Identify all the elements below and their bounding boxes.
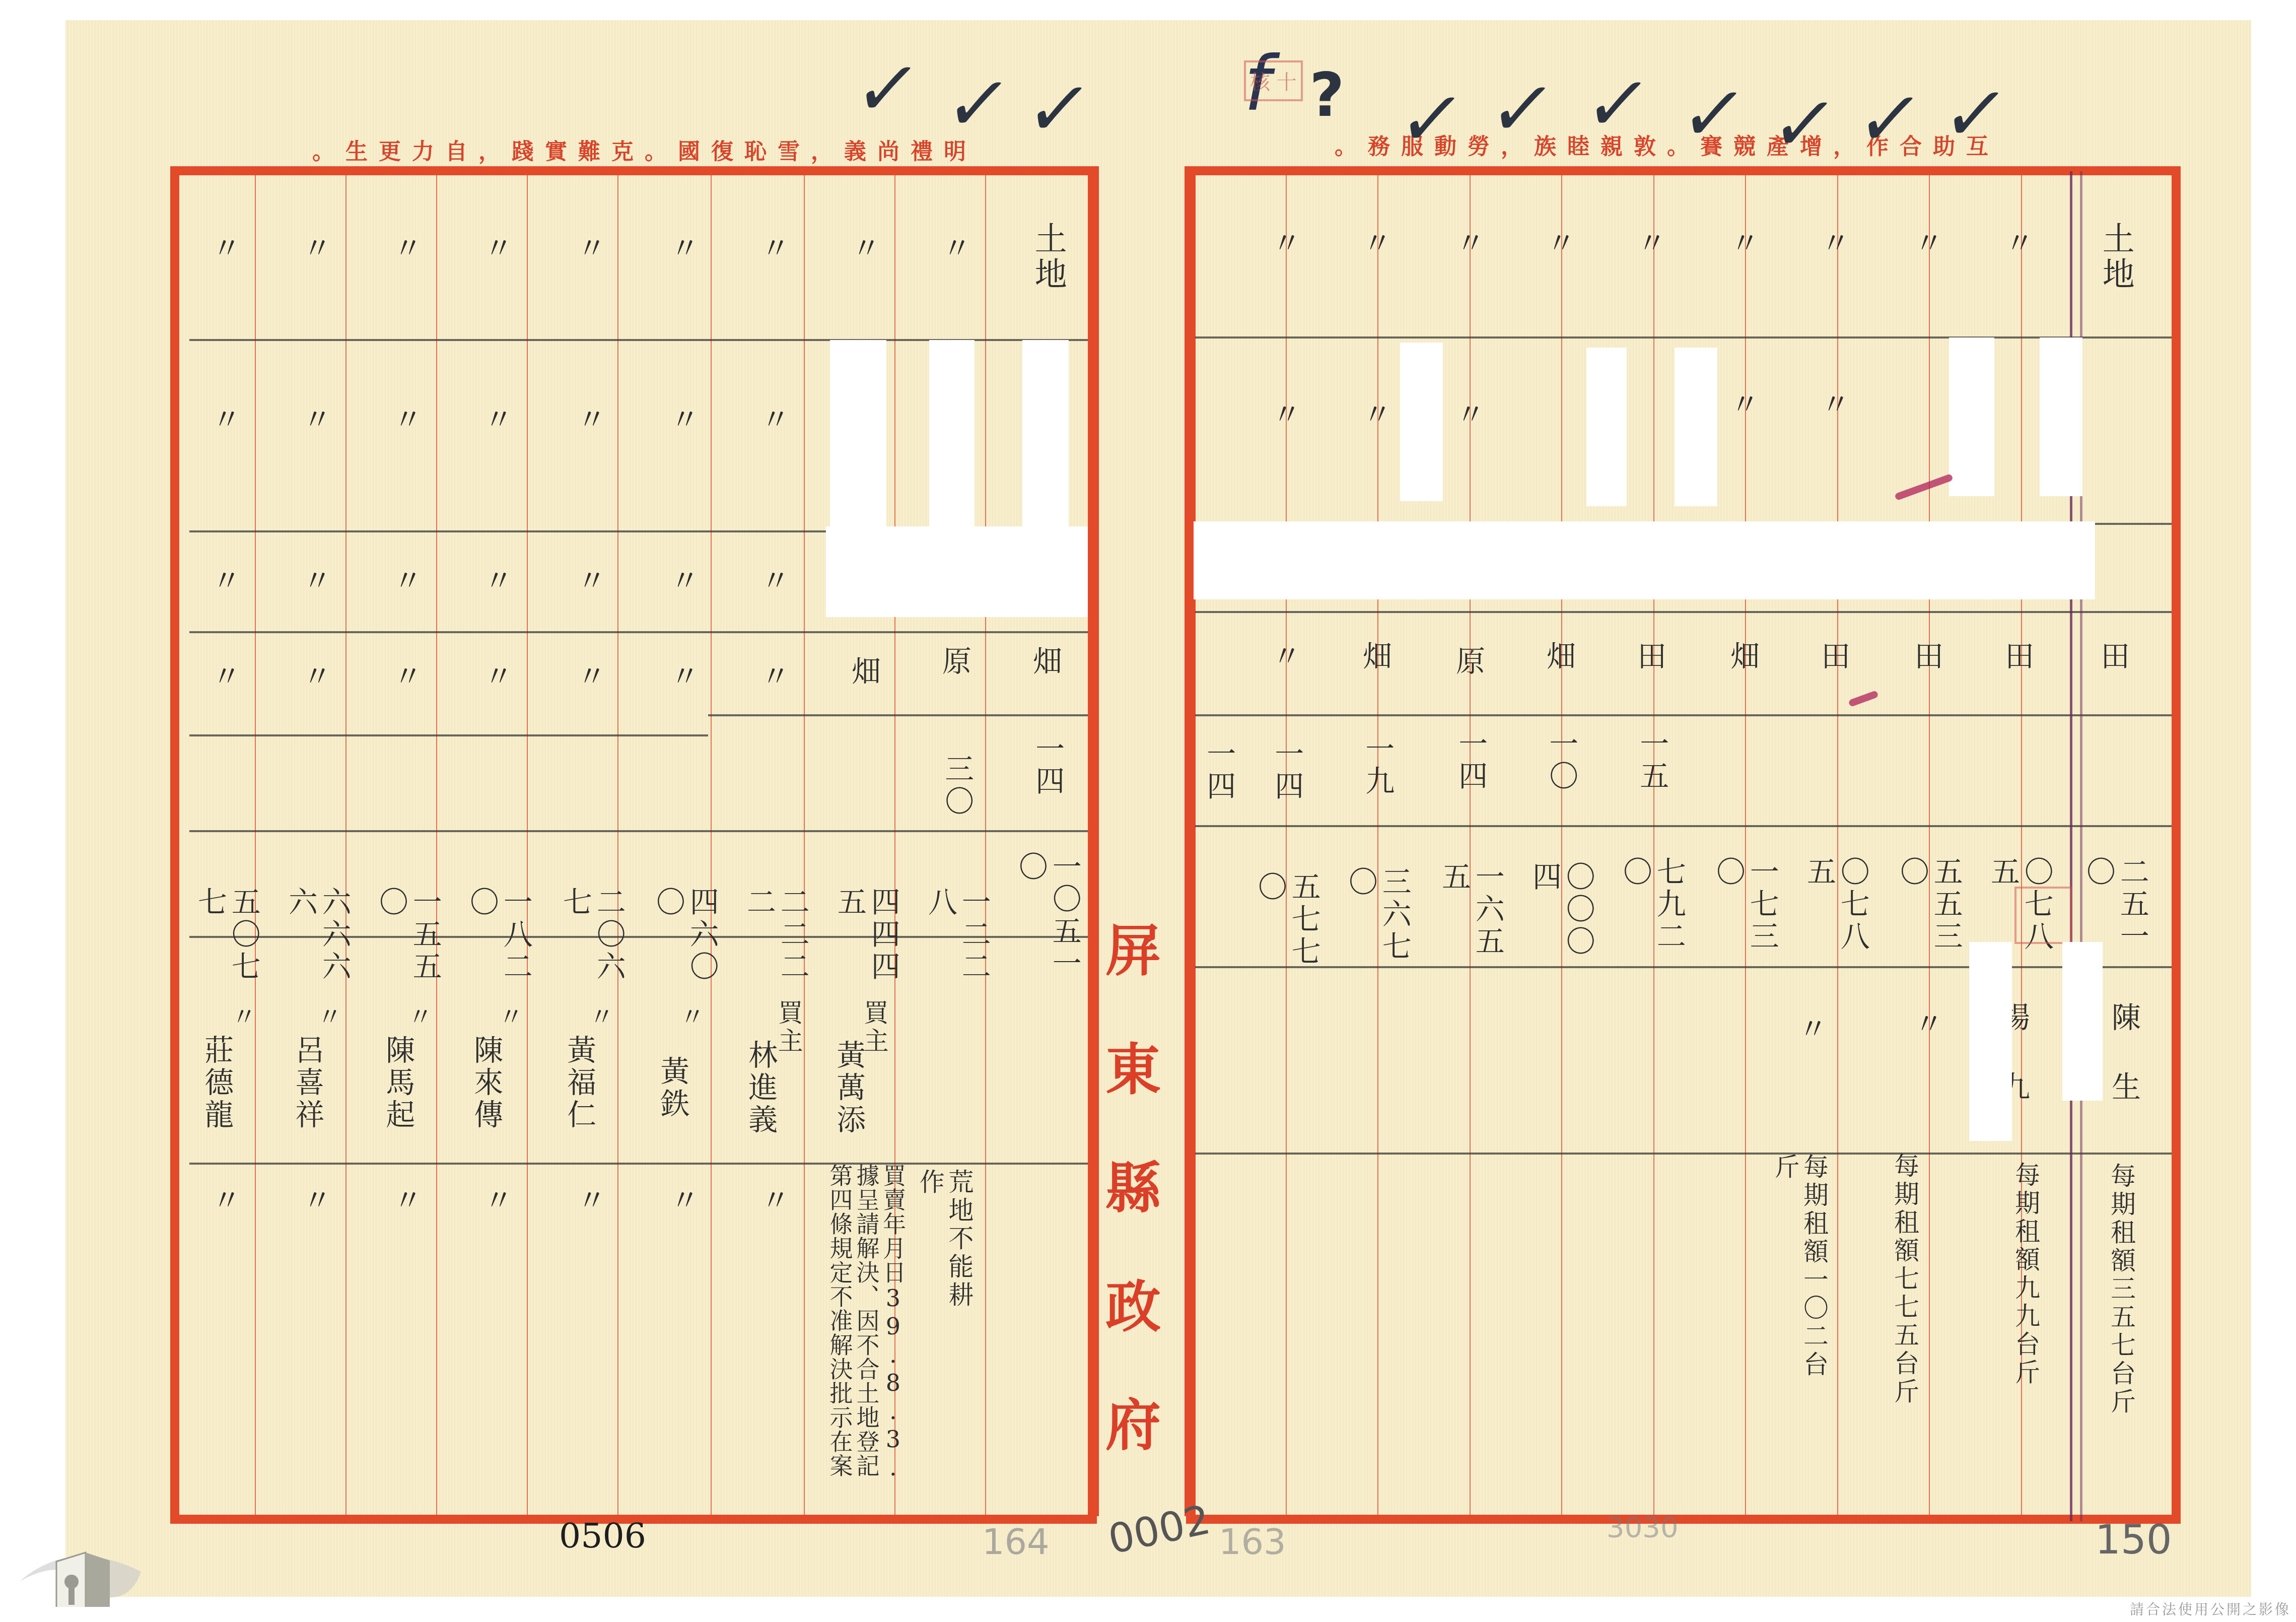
rent-remark: 每期租額九九台斤 <box>1989 1154 2040 1395</box>
ditto-mark: 〃 <box>1904 1007 1954 1041</box>
ditto-mark: 〃 <box>473 660 524 694</box>
area-value: 一九 <box>1352 730 1403 801</box>
redaction-block <box>1675 348 1717 506</box>
number-value: 〇七八五 <box>1811 856 1861 957</box>
owner-name: 黃萬添 <box>826 1028 871 1148</box>
number-value: 一八二〇 <box>473 887 524 987</box>
number-value: 一七三〇 <box>1720 856 1770 957</box>
ditto-mark: 〃 <box>1445 227 1496 260</box>
ditto-mark: 〃 <box>1627 227 1677 260</box>
land-type: 田 <box>2090 640 2140 673</box>
ditto-mark: 〃 <box>383 403 433 437</box>
ditto-mark: 〃 <box>750 660 801 694</box>
ditto-mark: 〃 <box>1788 1012 1838 1046</box>
redaction-block <box>1400 343 1443 501</box>
land-type: 原 <box>932 645 982 679</box>
redaction-block <box>1969 942 2012 1141</box>
land-type: 畑 <box>841 655 891 689</box>
review-stamp: 核 十 <box>1244 60 1303 101</box>
usage-watermark: 請合法使用公開之影像 <box>2130 1599 2291 1619</box>
ditto-mark: 〃 <box>750 403 801 437</box>
ditto-mark: 〃 <box>567 564 617 598</box>
left-motto: 明禮尚義，雪恥復國。克難實踐，自力更生。 <box>312 133 977 166</box>
owner-name: 黃福仁 <box>556 1023 602 1143</box>
ditto-mark: 〃 <box>201 660 252 694</box>
ditto-mark: 〃 <box>750 564 801 598</box>
owner-name: 陳來傳 <box>463 1023 509 1143</box>
issuer-char: 府 <box>1105 1381 1161 1461</box>
land-type: 田 <box>1904 640 1954 673</box>
ditto-mark: 〃 <box>1904 227 1954 260</box>
number-value: 二二二二 <box>750 887 801 987</box>
ditto-mark: 〃 <box>567 232 617 265</box>
ditto-mark: 〃 <box>292 564 342 598</box>
ditto-mark: 〃 <box>383 232 433 265</box>
land-type: 畑 <box>1720 640 1770 673</box>
number-value: 五五三〇 <box>1904 856 1954 957</box>
pencil-number: 150 <box>2095 1516 2172 1563</box>
ditto-mark: 〃 <box>1352 227 1403 260</box>
rent-remark: 每期租額七七五台斤 <box>1868 1148 1919 1410</box>
number-value: 三六七〇 <box>1352 866 1403 967</box>
ditto-mark: 〃 <box>473 564 524 598</box>
number-value: 五〇七七 <box>201 887 252 987</box>
area-value: 一五 <box>1627 725 1677 796</box>
number-value: 一六五五 <box>1445 861 1496 962</box>
redaction-block <box>1949 337 1994 496</box>
ditto-mark: 〃 <box>1720 388 1770 422</box>
ditto-mark: 〃 <box>932 232 982 265</box>
spine-rail-left <box>1088 166 1099 1516</box>
pencil-number: 3030 <box>1607 1511 1679 1544</box>
land-type: 田 <box>1994 640 2045 673</box>
ditto-mark: 〃 <box>1811 388 1861 422</box>
ditto-mark: 〃 <box>201 232 252 265</box>
pencil-number: 163 <box>1219 1521 1286 1563</box>
redaction-block <box>929 340 975 539</box>
area-value: 一四 <box>1022 725 1073 806</box>
number-value: 六六六六 <box>292 887 342 987</box>
owner-name: 莊德龍 <box>194 1023 239 1143</box>
question-mark: ? <box>1309 60 1345 130</box>
number-value: 七九二〇 <box>1627 856 1677 957</box>
ditto-mark: 〃 <box>675 1002 705 1033</box>
ditto-mark: 〃 <box>660 232 710 265</box>
ditto-mark: 〃 <box>1720 227 1770 260</box>
ditto-mark: 〃 <box>1536 227 1586 260</box>
ditto-mark: 〃 <box>567 403 617 437</box>
ditto-mark: 〃 <box>292 660 342 694</box>
area-value: 一四 <box>1262 735 1312 806</box>
owner-name: 陳馬起 <box>375 1023 421 1143</box>
issuer-char: 屏 <box>1105 907 1161 986</box>
ditto-mark: 〃 <box>1445 398 1496 432</box>
ditto-mark: 〃 <box>292 403 342 437</box>
issuer-char: 東 <box>1105 1026 1161 1105</box>
number-value: 一二二八 <box>932 887 982 987</box>
rent-remark: 每期租額三五七台斤 <box>2085 1148 2135 1431</box>
ditto-mark: 〃 <box>660 403 710 437</box>
left-header-land-label: 土地 <box>1022 191 1073 322</box>
ditto-mark: 〃 <box>473 1184 524 1218</box>
redaction-block <box>1022 340 1069 539</box>
redaction-block <box>2062 942 2103 1101</box>
area-value: 一四 <box>1194 735 1244 806</box>
ditto-mark: 〃 <box>750 232 801 265</box>
right-header-land-label: 土地 <box>2090 191 2140 322</box>
ditto-mark: 〃 <box>841 232 891 265</box>
ditto-mark: 〃 <box>473 232 524 265</box>
page-number-stamp: 0506 <box>559 1516 646 1556</box>
area-value: 三〇 <box>932 746 982 826</box>
ditto-mark: 〃 <box>1262 398 1312 432</box>
ditto-mark: 〃 <box>1352 398 1403 432</box>
redaction-block <box>1194 521 2095 599</box>
ditto-mark: 〃 <box>567 1184 617 1218</box>
ditto-mark: 〃 <box>201 564 252 598</box>
remark-text: 買賣年月日39.8.3.據呈請解決、因不合土地登記第四條規定不准解決批示在案 <box>816 1164 917 1496</box>
ditto-mark: 〃 <box>660 564 710 598</box>
pencil-number: 164 <box>982 1521 1050 1563</box>
owner-name: 黃鉄 <box>650 1033 695 1143</box>
number-value: 二〇六七 <box>567 887 617 987</box>
ditto-mark: 〃 <box>1994 227 2045 260</box>
ditto-mark: 〃 <box>567 660 617 694</box>
rent-remark: 每期租額一〇二台斤 <box>1778 1154 1828 1395</box>
redaction-block <box>2040 337 2082 496</box>
owner-name: 呂喜祥 <box>285 1023 330 1143</box>
issuer-char: 縣 <box>1105 1144 1161 1224</box>
ditto-mark: 〃 <box>292 1184 342 1218</box>
number-value: 四六〇〇 <box>660 887 710 987</box>
area-value: 一〇 <box>1536 725 1586 796</box>
ditto-mark: 〃 <box>473 403 524 437</box>
ditto-mark: 〃 <box>660 660 710 694</box>
land-type: 原 <box>1445 645 1496 679</box>
land-type: 田 <box>1811 640 1861 673</box>
land-type: 田 <box>1627 640 1677 673</box>
ditto-mark: 〃 <box>383 660 433 694</box>
redaction-block <box>826 526 1088 617</box>
ditto-mark: 〃 <box>383 1184 433 1218</box>
number-value: 一五五〇 <box>383 887 433 987</box>
ditto-mark: 〃 <box>660 1184 710 1218</box>
archive-keyhole-book-icon <box>10 1516 141 1607</box>
number-value: 一〇五一〇 <box>1022 851 1073 992</box>
remark-text: 荒地不能耕作 <box>922 1169 967 1335</box>
number-value: 四四四五 <box>841 887 891 987</box>
owner-seal-stamp <box>2014 887 2072 944</box>
ditto-mark: 〃 <box>750 1184 801 1218</box>
land-type: 畑 <box>1022 645 1073 679</box>
ditto-mark: 〃 <box>1262 640 1312 673</box>
number-value: 〇〇〇四 <box>1536 861 1586 962</box>
issuer-char: 政 <box>1105 1263 1161 1342</box>
ditto-mark: 〃 <box>1262 227 1312 260</box>
ditto-mark: 〃 <box>383 564 433 598</box>
redaction-block <box>830 340 886 539</box>
number-value: 五七七〇 <box>1262 871 1312 972</box>
ditto-mark: 〃 <box>1811 227 1861 260</box>
owner-name: 林進義 <box>738 1028 783 1148</box>
issuer-label: 屏 東 縣 政 府 <box>1105 907 1161 1461</box>
redaction-block <box>1586 348 1627 506</box>
ditto-mark: 〃 <box>201 403 252 437</box>
ditto-mark: 〃 <box>292 232 342 265</box>
area-value: 一四 <box>1445 725 1496 796</box>
ditto-mark: 〃 <box>201 1184 252 1218</box>
land-type: 畑 <box>1352 640 1403 673</box>
land-type: 畑 <box>1536 640 1586 673</box>
